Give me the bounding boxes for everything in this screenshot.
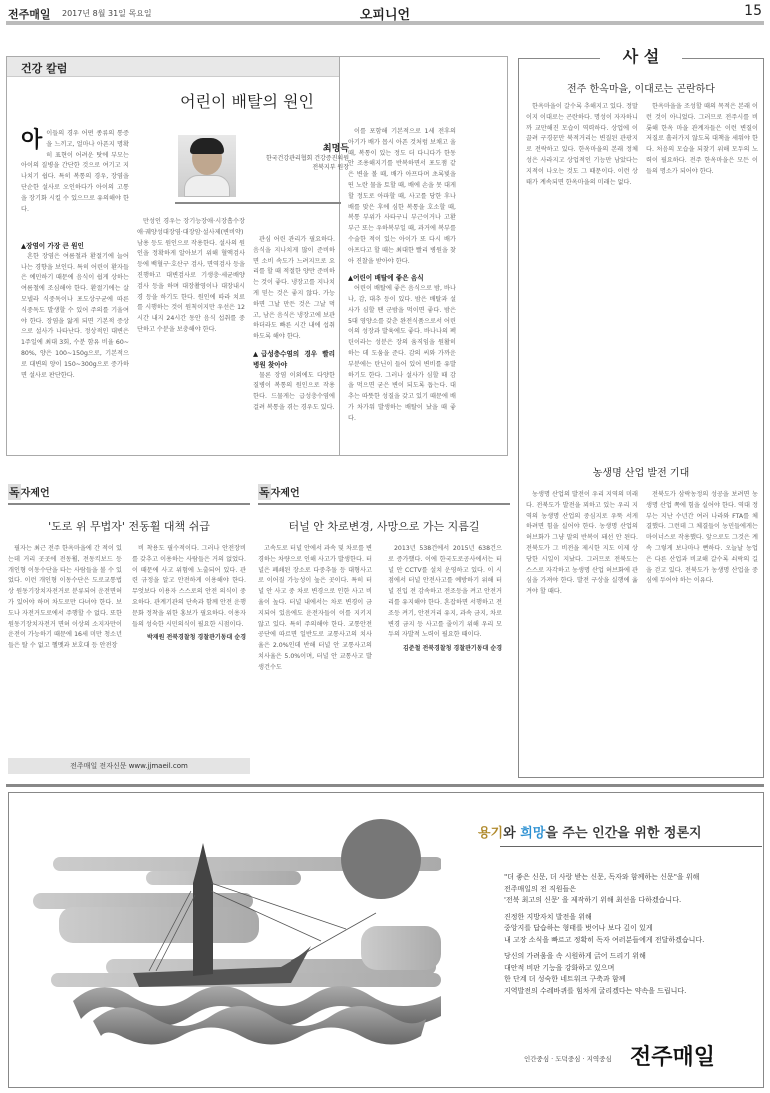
author-title: 전북지부 원장	[239, 163, 349, 172]
drop-cap: 아	[21, 129, 42, 151]
divider	[175, 202, 341, 204]
author-block: 최명득 한국건강관리협회 건강증진의원 전북지부 원장	[239, 141, 349, 172]
e-paper-banner[interactable]: 전주매일 전자신문 www.jjmaeil.com	[8, 758, 250, 774]
article-lead: 아 이들의 경우 어떤 종류의 통증을 느끼고, 얼마나 아픈지 명확히 표현이…	[21, 129, 129, 215]
ad-slogan: 인간중심 · 도덕중심 · 지역중심	[524, 1054, 612, 1063]
article-column-1: ▲장염이 가장 큰 원인 흔한 장염은 여름철과 환절기에 늘어나는 경향을 보…	[21, 235, 129, 381]
author-photo	[178, 135, 236, 197]
article-column-4: 이를 포함해 기본적으로 1세 전후의 아기가 배가 몹시 아픈 것처럼 보채고…	[348, 127, 456, 425]
letter-signature: 박재원 전북경찰청 경찰관기동대 순경	[132, 633, 246, 644]
divider	[8, 503, 250, 505]
letter-column-2: 2013년 538건에서 2015년 638건으로 증가했다. 이에 한국도로공…	[388, 544, 502, 655]
column-label: 건강 칼럼	[21, 60, 67, 76]
divider	[258, 503, 510, 505]
author-name: 최명득	[239, 141, 349, 154]
letter-title: '도로 위 무법자' 전동휠 대책 쉬급	[8, 518, 250, 534]
letter-signature: 김준철 전북경찰청 경찰관기동대 순경	[388, 644, 502, 655]
health-column-continued: 이를 포함해 기본적으로 1세 전후의 아기가 배가 몹시 아픈 것처럼 보채고…	[340, 56, 508, 456]
reader-tag: 독자제언	[8, 484, 50, 500]
letter-column-1: 필자는 최근 전주 한옥마을에 간 적이 있는데 거리 곳곳에 전동휠, 전동킥…	[8, 544, 122, 652]
letter-column-1: 고속도로 터널 안에서 과속 및 차로를 변경하는 차량으로 인해 사고가 발생…	[258, 544, 372, 674]
article-column-2: 만성인 경우는 장기능장애·시장흡수장애·궤양성대장염·대장암·설사제(변비약)…	[137, 217, 245, 336]
letter-column-2: 비 착용도 필수적이다. 그러나 안전장비를 갖추고 이용하는 사람들은 거의 …	[132, 544, 246, 644]
editorial-2-column-1: 농생명 산업의 발전이 우리 지역의 미래다. 전북도가 발전을 꾀하고 있는 …	[526, 490, 638, 598]
ad-body: "더 좋은 신문, 더 사랑 받는 신문, 독자와 함께하는 신문"을 위해전주…	[504, 872, 704, 1002]
divider	[500, 846, 762, 847]
letter-title: 터널 안 차로변경, 사망으로 가는 지름길	[258, 518, 510, 534]
pen-ship-illustration-icon	[1, 791, 441, 1081]
article-column-3: 관심 어린 관리가 필요하다. 음식을 지나치게 많이 준비하면 소비 속도가 …	[253, 235, 335, 414]
author-affiliation: 한국건강관리협회 건강증진의원	[239, 154, 349, 163]
ad-headline: 용기와 희망을 주는 인간을 위한 정론지	[478, 822, 702, 841]
editorial-title-1: 전주 한옥마을, 이대로는 곤란하다	[518, 80, 764, 95]
health-column: 건강 칼럼 어린이 배탈의 원인 아 이들의 경우 어떤 종류의 통증을 느끼고…	[6, 56, 340, 456]
masthead: 전주매일 2017년 8월 31일 목요일 오피니언 15	[0, 0, 770, 32]
column-label-bar: 건강 칼럼	[7, 57, 339, 77]
editorial-2-column-2: 전북도가 삼락농정의 성공을 보려면 농생명 산업 쪽에 힘을 실어야 한다. …	[646, 490, 758, 587]
reader-tag: 독자제언	[258, 484, 300, 500]
editorial-label: 사 설	[600, 44, 682, 67]
newspaper-logo: 전주매일	[630, 1040, 715, 1071]
editorial-title-2: 농생명 산업 발전 기대	[518, 464, 764, 479]
editorial-1-column-1: 한옥마을이 갈수록 추해지고 있다. 정말이지 이대로는 곤란하다. 명성이 자…	[526, 102, 638, 188]
page-number: 15	[744, 3, 762, 19]
section-divider	[6, 784, 764, 787]
editorial-1-column-2: 한옥마을을 조성할 때의 목적은 본래 이런 것이 아니었다. 그러므로 전주시…	[646, 102, 758, 178]
masthead-rule	[6, 21, 764, 25]
